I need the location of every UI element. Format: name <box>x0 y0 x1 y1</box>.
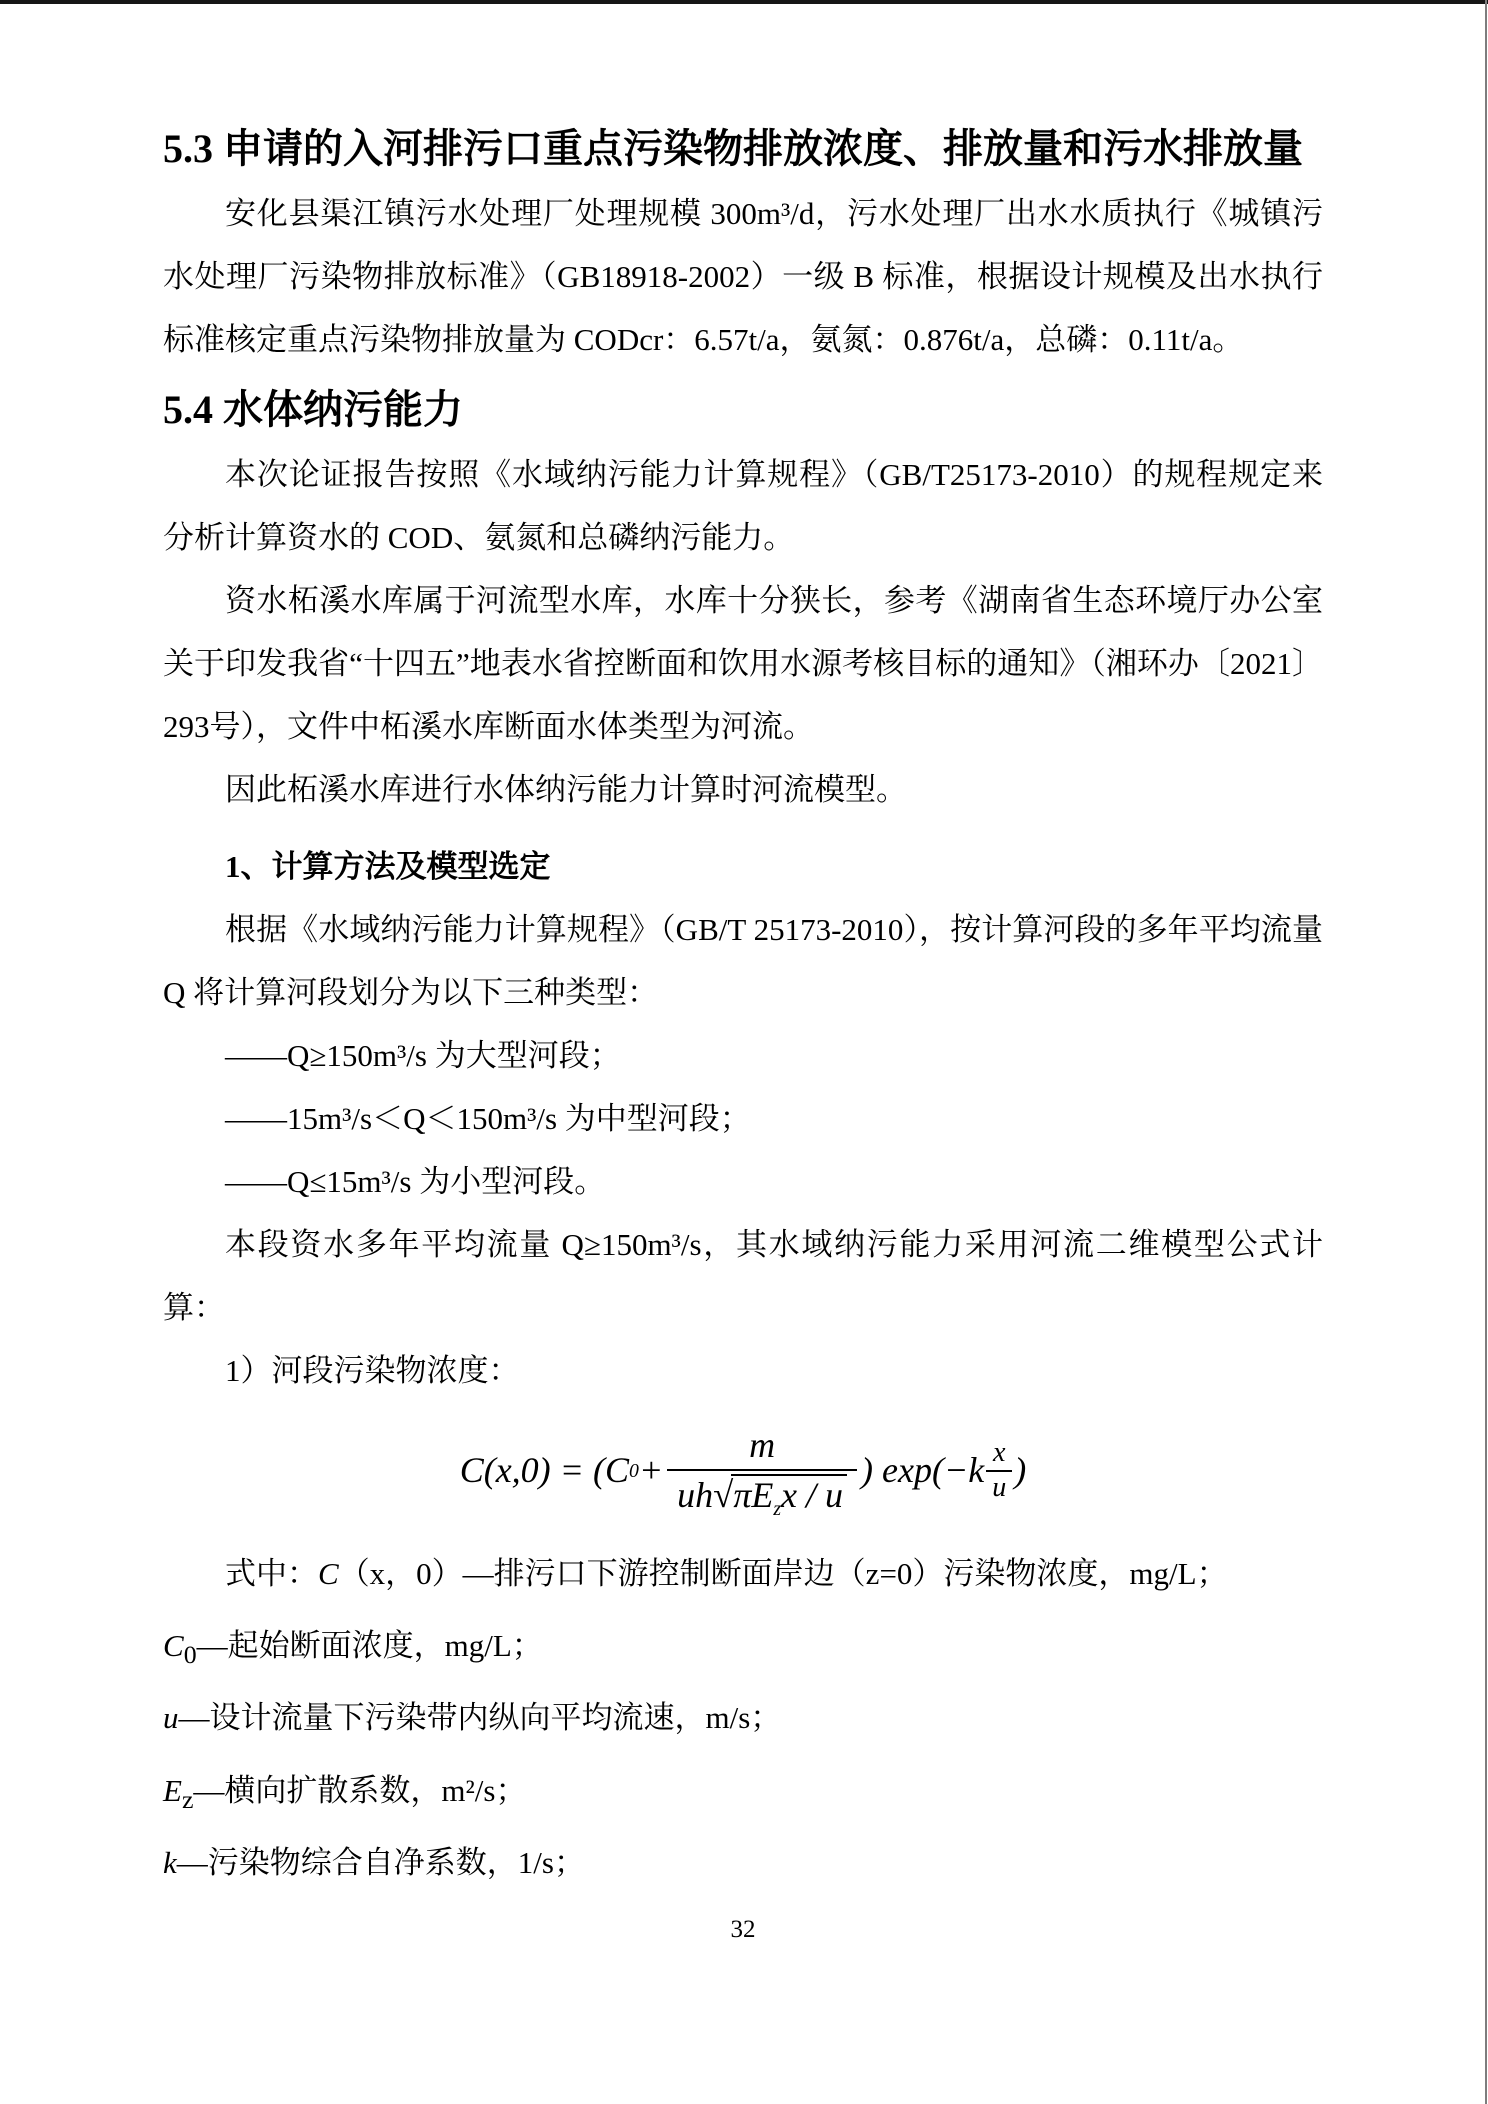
definition-line-ez: Ez—横向扩散系数，m²/s； <box>163 1759 1323 1831</box>
variable-c0: C <box>163 1628 184 1663</box>
bullet-medium-river: ——15m³/s＜Q＜150m³/s 为中型河段； <box>163 1087 1323 1150</box>
page-content: 5.3 申请的入河排污口重点污染物排放浓度、排放量和污水排放量 安化县渠江镇污水… <box>0 0 1488 1945</box>
paragraph-item1: 1）河段污染物浓度： <box>163 1339 1323 1402</box>
definition-line-cx0: 式中：C（x，0）—排污口下游控制断面岸边（z=0）污染物浓度，mg/L； <box>163 1542 1323 1614</box>
document-page: 5.3 申请的入河排污口重点污染物排放浓度、排放量和污水排放量 安化县渠江镇污水… <box>0 0 1488 2104</box>
definition-text: （x，0）—排污口下游控制断面岸边（z=0）污染物浓度，mg/L； <box>339 1556 1228 1591</box>
page-number: 32 <box>163 1915 1323 1945</box>
sub-heading-method-selection: 1、计算方法及模型选定 <box>163 835 1323 898</box>
definition-line-c0: C0—起始断面浓度，mg/L； <box>163 1614 1323 1686</box>
radical-content: πEzx / u <box>731 1474 847 1516</box>
formula-plus: + <box>639 1451 663 1491</box>
variable-e: E <box>163 1773 182 1808</box>
variable-sub: z <box>182 1785 193 1814</box>
variable-c: C <box>318 1556 339 1591</box>
definition-text: —起始断面浓度，mg/L； <box>197 1628 543 1663</box>
radical-e-subscript: z <box>773 1498 781 1520</box>
paragraph-discharge-amounts: 安化县渠江镇污水处理厂处理规模 300m³/d，污水处理厂出水水质执行《城镇污水… <box>163 182 1323 371</box>
radical-sign: √ <box>713 1474 733 1515</box>
formula-exp-fraction: xu <box>986 1438 1012 1504</box>
denominator-uh: uh <box>677 1475 713 1515</box>
section-heading-5-3: 5.3 申请的入河排污口重点污染物排放浓度、排放量和污水排放量 <box>163 116 1323 182</box>
window-top-edge <box>0 0 1488 4</box>
definition-prefix: 式中： <box>225 1556 318 1591</box>
definition-line-u: u—设计流量下污染带内纵向平均流速，m/s； <box>163 1686 1323 1758</box>
bullet-large-river: ——Q≥150m³/s 为大型河段； <box>163 1024 1323 1087</box>
definition-text: —设计流量下污染带内纵向平均流速，m/s； <box>179 1700 782 1735</box>
exp-numerator: x <box>986 1438 1012 1470</box>
formula-exp-part: ) exp(−k <box>861 1451 984 1491</box>
radical-x-over-u: x / u <box>781 1475 843 1515</box>
definition-text: —污染物综合自净系数，1/s； <box>177 1845 585 1880</box>
variable-u: u <box>163 1700 179 1735</box>
variable-sub: 0 <box>184 1640 197 1669</box>
paragraph-therefore: 因此柘溪水库进行水体纳污能力计算时河流模型。 <box>163 758 1323 821</box>
fraction-denominator: uh√πEzx / u <box>667 1469 857 1516</box>
formula-end-paren: ) <box>1014 1451 1026 1491</box>
fraction-numerator: m <box>667 1426 857 1469</box>
definition-text: —横向扩散系数，m²/s； <box>193 1773 526 1808</box>
formula-main-fraction: muh√πEzx / u <box>667 1426 857 1515</box>
bullet-small-river: ——Q≤15m³/s 为小型河段。 <box>163 1150 1323 1213</box>
variable-k: k <box>163 1845 177 1880</box>
radical-pi-e: πE <box>733 1475 773 1515</box>
paragraph-segment-flow: 本段资水多年平均流量 Q≥150m³/s，其水域纳污能力采用河流二维模型公式计算… <box>163 1213 1323 1339</box>
paragraph-procedure: 本次论证报告按照《水域纳污能力计算规程》（GB/T25173-2010）的规程规… <box>163 443 1323 569</box>
exp-denominator: u <box>986 1470 1012 1504</box>
paragraph-basis: 根据《水域纳污能力计算规程》（GB/T 25173-2010），按计算河段的多年… <box>163 898 1323 1024</box>
definition-line-k: k—污染物综合自净系数，1/s； <box>163 1831 1323 1903</box>
formula-lhs: C(x,0) = (C <box>460 1451 629 1491</box>
window-right-edge <box>1485 0 1487 2104</box>
section-heading-5-4: 5.4 水体纳污能力 <box>163 377 1323 443</box>
formula-pollutant-concentration: C(x,0) = (C0 + muh√πEzx / u) exp(−kxu) <box>163 1416 1323 1526</box>
paragraph-reservoir: 资水柘溪水库属于河流型水库，水库十分狭长，参考《湖南省生态环境厅办公室关于印发我… <box>163 569 1323 758</box>
